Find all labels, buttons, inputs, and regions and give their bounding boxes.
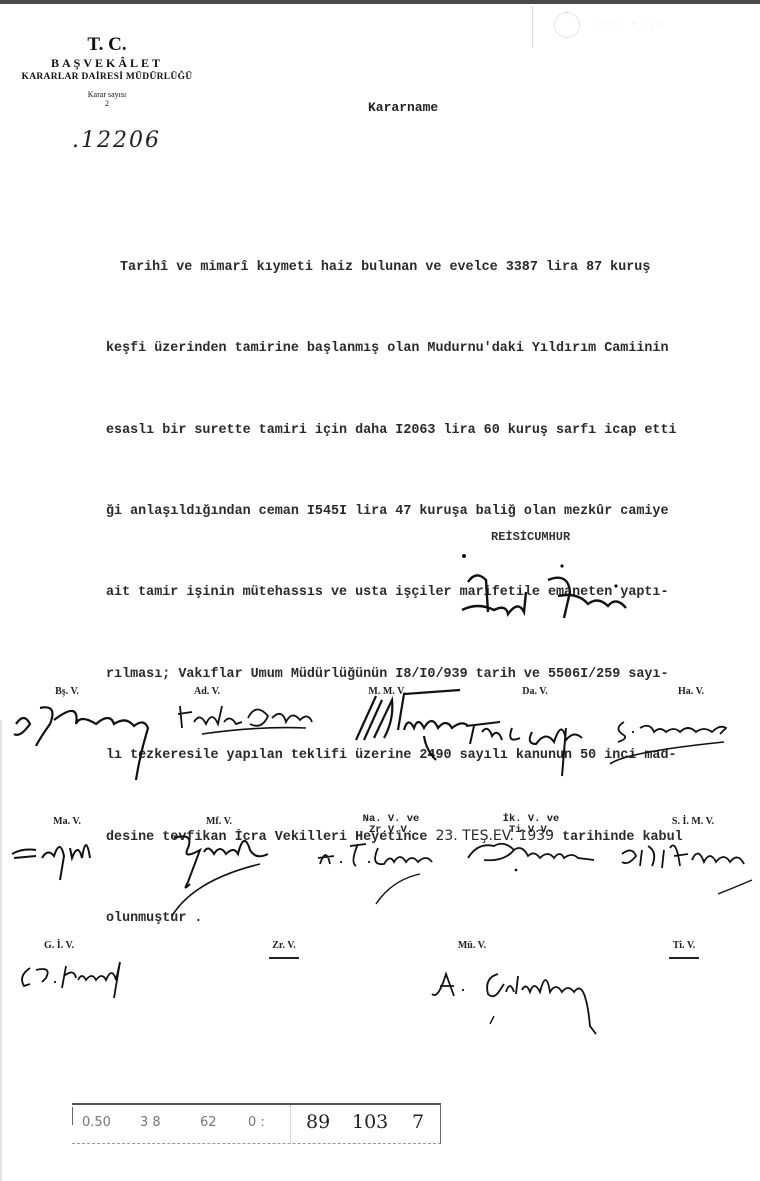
ref-printed: 0 : (248, 1115, 265, 1130)
signature-scribble-icon (10, 694, 160, 784)
minister-label: Da. V. (510, 686, 560, 697)
body-line: keşfi üzerinden tamirine başlanmış olan … (106, 335, 760, 362)
minister-signature (618, 836, 758, 900)
ref-printed: 3 8 (140, 1115, 161, 1130)
president-title: REİSİCUMHUR (491, 530, 570, 544)
minister-label: İk. V. ve Ti.V.V. (496, 814, 566, 836)
signature-scribble-icon (428, 964, 618, 1044)
archive-reference-strip: 0.50 3 8 62 0 : 89 103 7 (72, 1103, 441, 1144)
minister-signature (164, 830, 274, 924)
body-line: ait tamir işinin mütehassıs ve usta işçi… (106, 579, 760, 606)
ref-handwritten: 103 (352, 1111, 388, 1133)
minister-label-line: Ti.V.V. (496, 825, 566, 836)
signature-scribble-icon (352, 690, 472, 770)
president-signature (458, 552, 638, 636)
body-line: esaslı bir surette tamiri için daha I206… (106, 417, 760, 444)
minister-signature (428, 964, 618, 1048)
body-line: Tarihî ve mimarî kıymeti haiz bulunan ve… (106, 254, 760, 281)
signature-scribble-icon (164, 830, 274, 920)
signature-scribble-icon (464, 836, 604, 876)
scan-edge (0, 720, 2, 1181)
body-line: rılması; Vakıflar Umum Müdürlüğünün I8/I… (106, 661, 760, 688)
ref-printed: 0.50 (82, 1115, 111, 1130)
minister-label-vacant: Zr. V. (264, 940, 304, 959)
minister-signature (464, 836, 604, 880)
faded-stamp: · · · · · · · · (532, 6, 748, 52)
minister-signature (178, 700, 318, 744)
minister-signature (606, 714, 746, 778)
minister-label-vacant: Ti. V. (664, 940, 704, 959)
header-country: T. C. (0, 34, 214, 56)
minister-label: Mf. V. (194, 816, 244, 827)
signature-scribble-icon (458, 552, 638, 632)
top-bar (0, 0, 760, 4)
minister-signature (10, 694, 160, 788)
header-office: BAŞVEKÂLET (0, 56, 214, 71)
decision-no-sub: 2 (72, 99, 142, 108)
stamp-edge (532, 6, 533, 48)
stamp-seal-icon (554, 12, 580, 38)
stamp-text: · · · · · · · · (592, 20, 665, 30)
minister-label: Mü. V. (442, 940, 502, 951)
minister-label: G. İ. V. (34, 940, 84, 951)
signature-scribble-icon (316, 836, 446, 906)
signature-scribble-icon (8, 828, 108, 888)
minister-label: S. İ. M. V. (660, 816, 726, 827)
signature-scribble-icon (16, 958, 136, 1008)
minister-label: Na. V. ve Zr.V.V. (356, 814, 426, 836)
minister-signature (462, 708, 592, 782)
signature-scribble-icon (178, 700, 318, 740)
decision-no-label: Karar sayısı (72, 90, 142, 99)
minister-signature (8, 828, 108, 892)
minister-signature (352, 690, 472, 774)
strip-divider (72, 1107, 73, 1125)
minister-signature (316, 836, 446, 910)
ref-printed: 62 (200, 1115, 217, 1130)
minister-label: Ha. V. (666, 686, 716, 697)
ref-handwritten: 89 (306, 1111, 330, 1133)
minister-label-line: Zr.V.V. (356, 825, 426, 836)
signature-scribble-icon (462, 708, 592, 778)
handwritten-decision-number: .12206 (72, 128, 161, 153)
body-line: ği anlaşıldığından ceman I545I lira 47 k… (106, 498, 760, 525)
minister-signature (16, 958, 136, 1012)
signature-scribble-icon (606, 714, 746, 774)
minister-label: Ma. V. (42, 816, 92, 827)
signature-scribble-icon (618, 836, 758, 896)
ref-handwritten: 7 (412, 1111, 424, 1133)
minister-label: Ad. V. (182, 686, 232, 697)
header-department: KARARLAR DAİRESİ MÜDÜRLÜĞÜ (0, 72, 214, 82)
document-title: Kararname (368, 100, 438, 115)
strip-divider (290, 1105, 292, 1143)
